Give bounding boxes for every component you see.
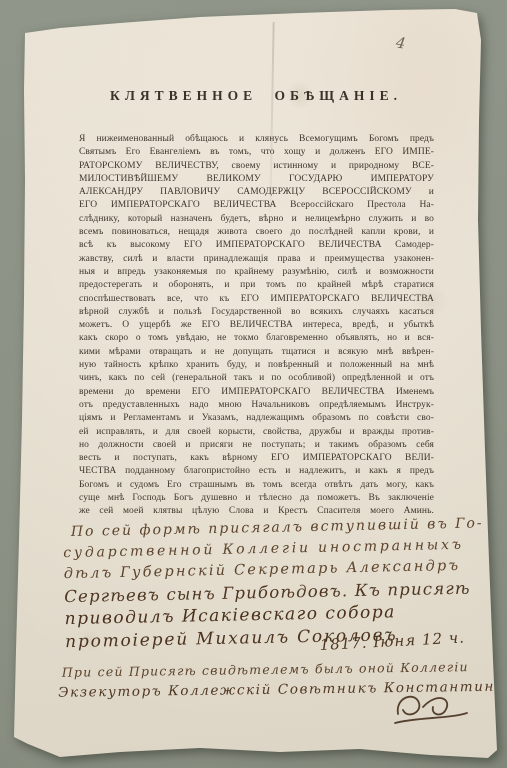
printed-line: АЛЕКСАНДРУ ПАВЛОВИЧУ САМОДЕРЖЦУ ВСЕРОССІ… xyxy=(79,186,434,199)
printed-line: времени до времени ЕГО ИМПЕРАТОРСКАГО ВЕ… xyxy=(79,386,434,399)
printed-line: вѣрной службѣ и пользѣ Государственной в… xyxy=(79,306,434,319)
printed-line: отъ предуставленныхъ надо мною Начальник… xyxy=(79,399,434,412)
printed-line: РАТОРСКОМУ ВЕЛИЧЕСТВУ, своему истинному … xyxy=(79,160,434,173)
printed-line: суще мнѣ Господь Богъ душевно и тѣлесно … xyxy=(79,492,434,505)
document-paper: 4 КЛЯТВЕННОЕ ОБѢЩАНІЕ. Я нижеименованный… xyxy=(0,0,507,768)
printed-line: МИЛОСТИВѢЙШЕМУ ВЕЛИКОМУ ГОСУДАРЮ ИМПЕРАТ… xyxy=(79,173,434,186)
printed-line: чинъ, какъ по сей (генеральной такъ и по… xyxy=(79,372,434,385)
printed-line: Святымъ Его Евангеліемъ въ томъ, что хощ… xyxy=(79,146,434,159)
photo-background: 4 КЛЯТВЕННОЕ ОБѢЩАНІЕ. Я нижеименованный… xyxy=(0,0,507,768)
printed-line: предостерегать и оборонять, и при томъ п… xyxy=(79,279,434,292)
printed-line: весть и поступать, какъ вѣрному ЕГО ИМПЕ… xyxy=(79,452,434,465)
printed-line: споспѣшествовать все, что къ ЕГО ИМПЕРАТ… xyxy=(79,293,434,306)
printed-line: но должности своей и присяги не поступат… xyxy=(79,439,434,452)
printed-line: слѣднику, который назначенъ будетъ, вѣрн… xyxy=(79,213,434,226)
printed-line: всѣ къ высокому ЕГО ИМПЕРАТОРСКАГО ВЕЛИЧ… xyxy=(79,239,434,252)
printed-line: ныя и впредь узаконяемыя по крайнему раз… xyxy=(79,266,434,279)
oath-printed-text: Я нижеименованный обѣщаюсь и клянусь Все… xyxy=(79,133,434,519)
printed-line: Богомъ и судомъ Его страшнымъ въ томъ вс… xyxy=(79,479,434,492)
document-title: КЛЯТВЕННОЕ ОБѢЩАНІЕ. xyxy=(78,88,434,104)
printed-line: какъ скоро о томъ увѣдаю, не токмо благо… xyxy=(79,332,434,345)
printed-line: жавству, силѣ и власти принадлежащія пра… xyxy=(79,253,434,266)
printed-line: можетъ. О ущербѣ же ЕГО ВЕЛИЧЕСТВА интер… xyxy=(79,319,434,332)
printed-line: Я нижеименованный обѣщаюсь и клянусь Все… xyxy=(79,133,434,146)
printed-line: ціямъ и Регламентамъ и Указамъ, надлежащ… xyxy=(79,412,434,425)
printed-line: кими мѣрами отвращать и не допущать тщат… xyxy=(79,346,434,359)
paper-shadow: 4 КЛЯТВЕННОЕ ОБѢЩАНІЕ. Я нижеименованный… xyxy=(0,0,507,768)
printed-line: всемъ повиноваться, нещадя живота своего… xyxy=(79,226,434,239)
signature-flourish-icon xyxy=(392,688,470,730)
printed-line: ей исправлять, и для своей корысти, свой… xyxy=(79,426,434,439)
printed-line: ЧЕСТВА подданному благопристойно есть и … xyxy=(79,465,434,478)
printed-line: ЕГО ИМПЕРАТОРСКАГО ВЕЛИЧЕСТВА Всероссійс… xyxy=(79,199,434,212)
printed-line: ную тайность крѣпко хранить буду, и повѣ… xyxy=(79,359,434,372)
page-number: 4 xyxy=(395,33,407,52)
